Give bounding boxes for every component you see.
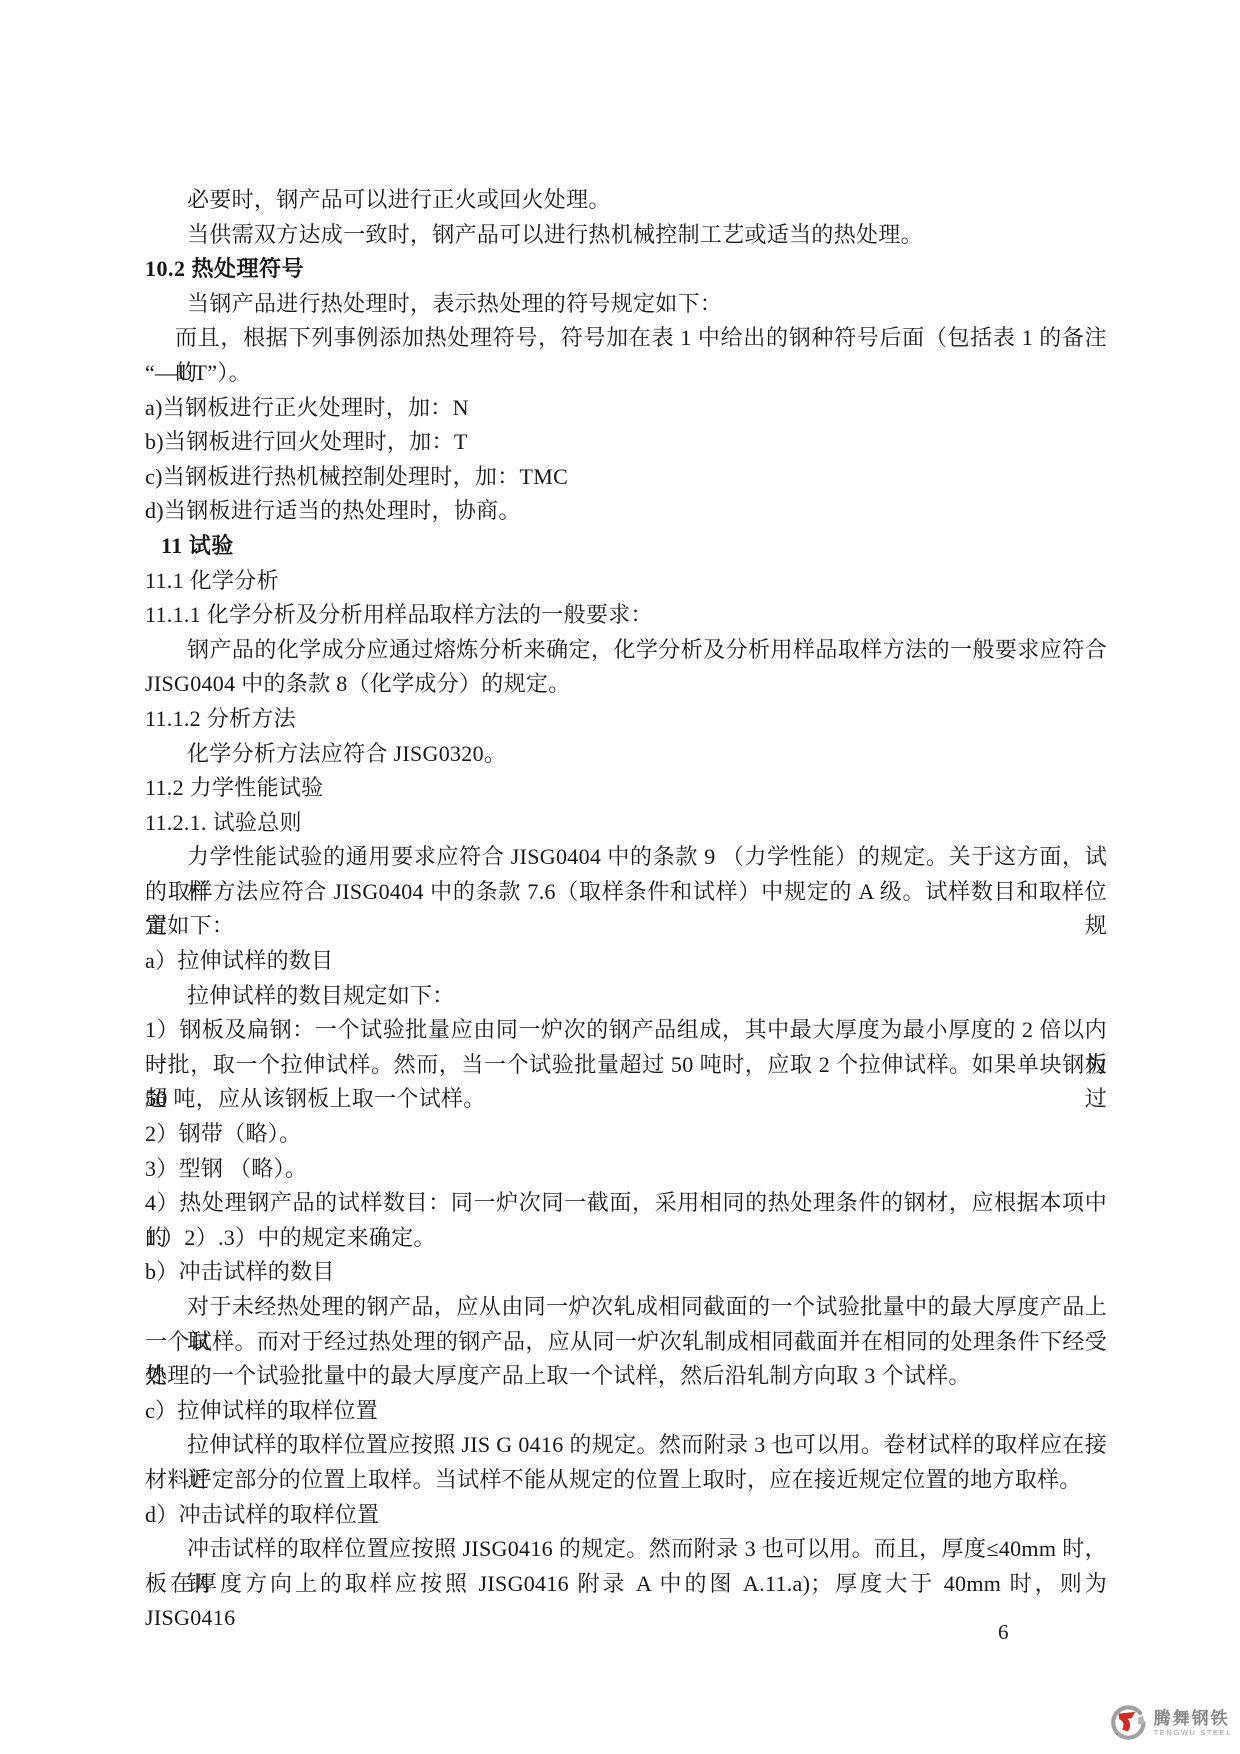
text-line: b)当钢板进行回火处理时，加：T bbox=[145, 425, 1107, 460]
text-line: 3）型钢 （略）。 bbox=[145, 1152, 1107, 1187]
text-line: a)当钢板进行正火处理时，加：N bbox=[145, 391, 1107, 426]
text-line: 当钢产品进行热处理时，表示热处理的符号规定如下： bbox=[145, 287, 1107, 322]
text-line: 力学性能试验的通用要求应符合 JISG0404 中的条款 9 （力学性能）的规定… bbox=[145, 840, 1107, 875]
text-line: 11.1 化学分析 bbox=[145, 564, 1107, 599]
section-heading: 11 试验 bbox=[145, 529, 1107, 564]
text-line: 材料评定部分的位置上取样。当试样不能从规定的位置上取时，应在接近规定位置的地方取… bbox=[145, 1463, 1107, 1498]
logo-company-name-en: TENGWU STEEL bbox=[1154, 1729, 1232, 1737]
document-page: 必要时，钢产品可以进行正火或回火处理。当供需双方达成一致时，钢产品可以进行热机械… bbox=[0, 0, 1240, 1754]
text-line: 对于未经热处理的钢产品，应从由同一炉次轧成相同截面的一个试验批量中的最大厚度产品… bbox=[145, 1290, 1107, 1325]
text-line: 11.2.1. 试验总则 bbox=[145, 806, 1107, 841]
section-heading: 10.2 热处理符号 bbox=[145, 252, 1107, 287]
text-line: 11.1.2 分析方法 bbox=[145, 702, 1107, 737]
text-line: c）拉伸试样的取样位置 bbox=[145, 1394, 1107, 1429]
text-line: “—UT”）。 bbox=[145, 356, 1107, 391]
text-line: 冲击试样的取样位置应按照 JISG0416 的规定。然而附录 3 也可以用。而且… bbox=[145, 1532, 1107, 1567]
text-line: 一个试样。而对于经过热处理的钢产品，应从同一炉次轧制成相同截面并在相同的处理条件… bbox=[145, 1325, 1107, 1360]
text-line: 拉伸试样的取样位置应按照 JIS G 0416 的规定。然而附录 3 也可以用。… bbox=[145, 1428, 1107, 1463]
text-line: c)当钢板进行热机械控制处理时，加：TMC bbox=[145, 460, 1107, 495]
text-line: 一批，取一个拉伸试样。然而，当一个试验批量超过 50 吨时，应取 2 个拉伸试样… bbox=[145, 1048, 1107, 1083]
text-line: 2）钢带（略）。 bbox=[145, 1117, 1107, 1152]
text-line: 1.）2）.3）中的规定来确定。 bbox=[145, 1221, 1107, 1256]
text-line: 11.1.1 化学分析及分析用样品取样方法的一般要求： bbox=[145, 598, 1107, 633]
text-line: 钢产品的化学成分应通过熔炼分析来确定，化学分析及分析用样品取样方法的一般要求应符… bbox=[145, 633, 1107, 668]
text-line: 当供需双方达成一致时，钢产品可以进行热机械控制工艺或适当的热处理。 bbox=[145, 218, 1107, 253]
text-line: 的取样方法应符合 JISG0404 中的条款 7.6（取样条件和试样）中规定的 … bbox=[145, 875, 1107, 910]
text-line: 板在厚度方向上的取样应按照 JISG0416 附录 A 中的图 A.11.a)；… bbox=[145, 1567, 1107, 1602]
text-line: b）冲击试样的数目 bbox=[145, 1255, 1107, 1290]
text-line: 1）钢板及扁钢：一个试验批量应由同一炉次的钢产品组成，其中最大厚度为最小厚度的 … bbox=[145, 1013, 1107, 1048]
text-line: 拉伸试样的数目规定如下： bbox=[145, 979, 1107, 1014]
text-line: 4）热处理钢产品的试样数目：同一炉次同一截面，采用相同的热处理条件的钢材，应根据… bbox=[145, 1186, 1107, 1221]
text-line: 而且，根据下列事例添加热处理符号，符号加在表 1 中给出的钢种符号后面（包括表 … bbox=[145, 321, 1107, 356]
logo-company-name: 腾舞钢铁 bbox=[1154, 1710, 1232, 1727]
text-line: 处理的一个试验批量中的最大厚度产品上取一个试样，然后沿轧制方向取 3 个试样。 bbox=[145, 1359, 1107, 1394]
text-line: 必要时，钢产品可以进行正火或回火处理。 bbox=[145, 183, 1107, 218]
tengwu-steel-icon bbox=[1105, 1699, 1149, 1748]
document-body: 必要时，钢产品可以进行正火或回火处理。当供需双方达成一致时，钢产品可以进行热机械… bbox=[145, 183, 1107, 1601]
text-line: d）冲击试样的取样位置 bbox=[145, 1498, 1107, 1533]
text-line: 化学分析方法应符合 JISG0320。 bbox=[145, 737, 1107, 772]
text-line: JISG0404 中的条款 8（化学成分）的规定。 bbox=[145, 667, 1107, 702]
page-number: 6 bbox=[998, 1620, 1009, 1645]
text-line: 11.2 力学性能试验 bbox=[145, 771, 1107, 806]
text-line: d)当钢板进行适当的热处理时，协商。 bbox=[145, 494, 1107, 529]
text-line: a）拉伸试样的数目 bbox=[145, 944, 1107, 979]
company-logo: 腾舞钢铁 TENGWU STEEL bbox=[1105, 1699, 1232, 1748]
